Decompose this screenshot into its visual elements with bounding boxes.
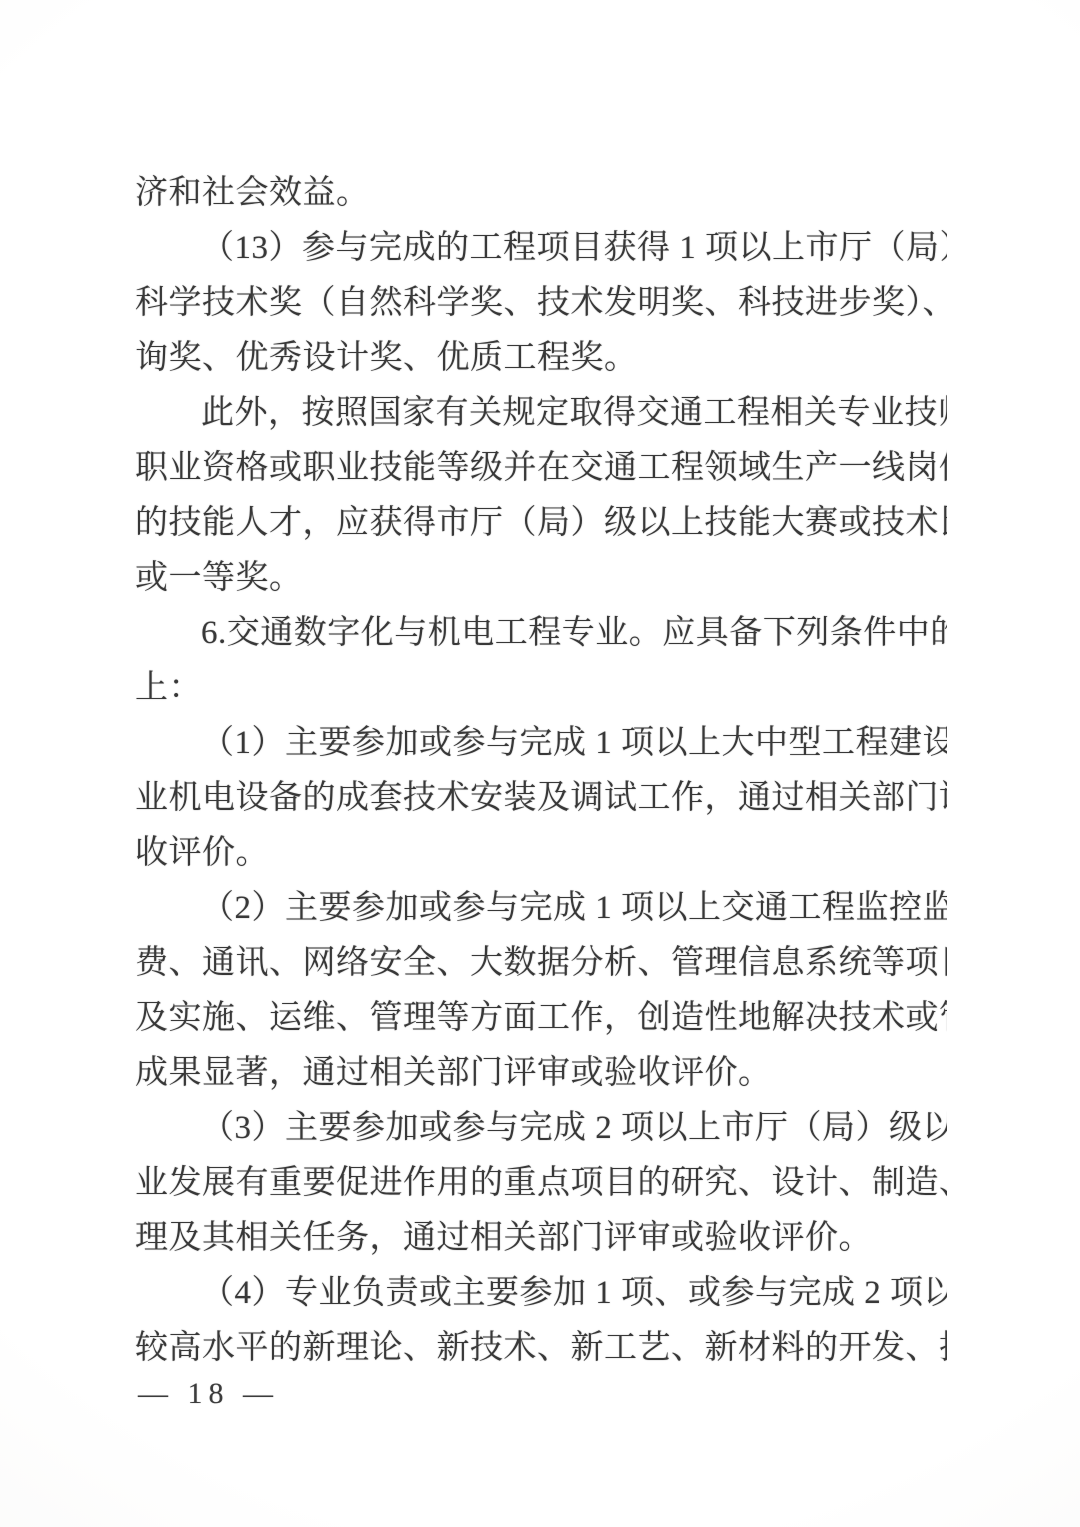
text-line: 较高水平的新理论、新技术、新工艺、新材料的开发、推广与应 — [135, 1321, 947, 1376]
text-line: 费、通讯、网络安全、大数据分析、管理信息系统等项目的研发 — [135, 936, 947, 991]
text-line: 业机电设备的成套技术安装及调试工作，通过相关部门评审或验 — [135, 771, 947, 826]
text-line: 的技能人才，应获得市厅（局）级以上技能大赛或技术比武金牌 — [135, 496, 947, 551]
text-line: （4）专业负责或主要参加 1 项、或参与完成 2 项以上行业 — [135, 1266, 947, 1321]
page-number: — 18 — — [138, 1376, 279, 1412]
text-line: （3）主要参加或参与完成 2 项以上市厅（局）级以上对行 — [135, 1101, 947, 1156]
text-line: （13）参与完成的工程项目获得 1 项以上市厅（局）级以上 — [135, 221, 947, 276]
text-line: 济和社会效益。 — [135, 166, 947, 221]
text-line: 及实施、运维、管理等方面工作，创造性地解决技术或管理难题， — [135, 991, 947, 1046]
document-body: 济和社会效益。 （13）参与完成的工程项目获得 1 项以上市厅（局）级以上 科学… — [135, 166, 947, 1376]
text-line: 此外，按照国家有关规定取得交通工程相关专业技师(二级) — [135, 386, 947, 441]
text-line: 职业资格或职业技能等级并在交通工程领域生产一线岗位工作 — [135, 441, 947, 496]
text-line: 询奖、优秀设计奖、优质工程奖。 — [135, 331, 947, 386]
text-line: 成果显著，通过相关部门评审或验收评价。 — [135, 1046, 947, 1101]
text-line: 业发展有重要促进作用的重点项目的研究、设计、制造、生产管 — [135, 1156, 947, 1211]
text-line: 或一等奖。 — [135, 551, 947, 606]
text-line: （2）主要参加或参与完成 1 项以上交通工程监控监测、收 — [135, 881, 947, 936]
text-line: 科学技术奖（自然科学奖、技术发明奖、科技进步奖）、工程咨 — [135, 276, 947, 331]
text-line: 上： — [135, 661, 947, 716]
text-line: （1）主要参加或参与完成 1 项以上大中型工程建设项目专 — [135, 716, 947, 771]
document-page: 济和社会效益。 （13）参与完成的工程项目获得 1 项以上市厅（局）级以上 科学… — [0, 0, 1080, 1527]
text-line: 收评价。 — [135, 826, 947, 881]
text-line: 6.交通数字化与机电工程专业。应具备下列条件中的 1 项以 — [135, 606, 947, 661]
text-line: 理及其相关任务，通过相关部门评审或验收评价。 — [135, 1211, 947, 1266]
